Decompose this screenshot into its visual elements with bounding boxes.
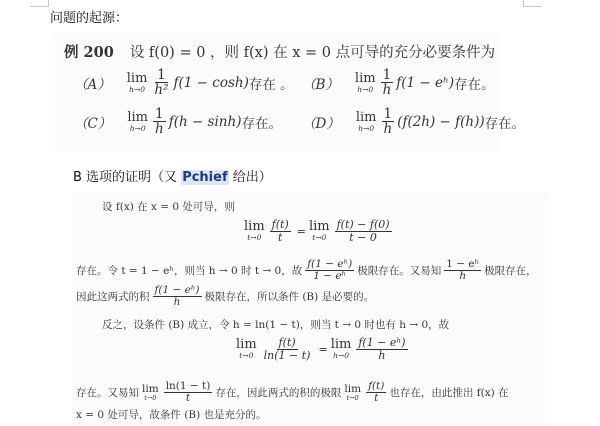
problem-image-block: 例 200设 f(0) = 0 ，则 f(x) 在 x = 0 点可导的充分必要… bbox=[50, 34, 500, 152]
margin-corner-mark-left bbox=[30, 0, 49, 7]
proof-line-4: 反之，设条件 (B) 成立，令 h = ln(1 − t)，则当 t → 0 时… bbox=[102, 317, 449, 332]
author-name-highlight: Pchief bbox=[181, 170, 228, 185]
equation-1: limt→0 f(t)t = limt→0 f(t) − f(0)t − 0 bbox=[244, 219, 395, 243]
proof-line-6: x = 0 处可导，故条件 (B) 也是充分的。 bbox=[76, 407, 267, 422]
proof-line-5: 存在。又易知 limt→0 ln(1 − t)t 存在，因此两式的积的极限 li… bbox=[76, 381, 509, 404]
margin-corner-mark-right bbox=[523, 0, 542, 7]
option-b: （B） limh→0 1h f(1 − eʰ) 存在。 bbox=[302, 68, 495, 97]
proof-line-1: 设 f(x) 在 x = 0 处可导，则 bbox=[102, 199, 235, 214]
problem-number: 例 200 bbox=[64, 44, 114, 61]
proof-line-3: 因此这两式的积 f(1 − eʰ)h 极限存在，所以条件 (B) 是必要的。 bbox=[76, 285, 374, 308]
equation-2: limt→0 f(t)ln(1 − t) = limh→0 f(1 − eʰ)h bbox=[236, 337, 411, 361]
heading-proof: B 选项的证明（又 Pchief 给出） bbox=[73, 166, 272, 185]
option-d: （D） limh→0 1h (f(2h) − f(h)) 存在。 bbox=[302, 107, 525, 136]
problem-statement: 例 200设 f(0) = 0 ，则 f(x) 在 x = 0 点可导的充分必要… bbox=[64, 41, 495, 62]
option-a: （A） limh→0 1h² f(1 − cosh) 存在 。 bbox=[74, 68, 294, 97]
heading-origin: 问题的起源： bbox=[50, 7, 128, 26]
option-c: （C） limh→0 1h f(h − sinh) 存在。 bbox=[74, 107, 282, 136]
proof-image-block: 设 f(x) 在 x = 0 处可导，则 limt→0 f(t)t = limt… bbox=[72, 193, 550, 426]
proof-line-2: 存在。令 t = 1 − eʰ，则当 h → 0 时 t → 0，故 f(1 −… bbox=[76, 259, 537, 282]
